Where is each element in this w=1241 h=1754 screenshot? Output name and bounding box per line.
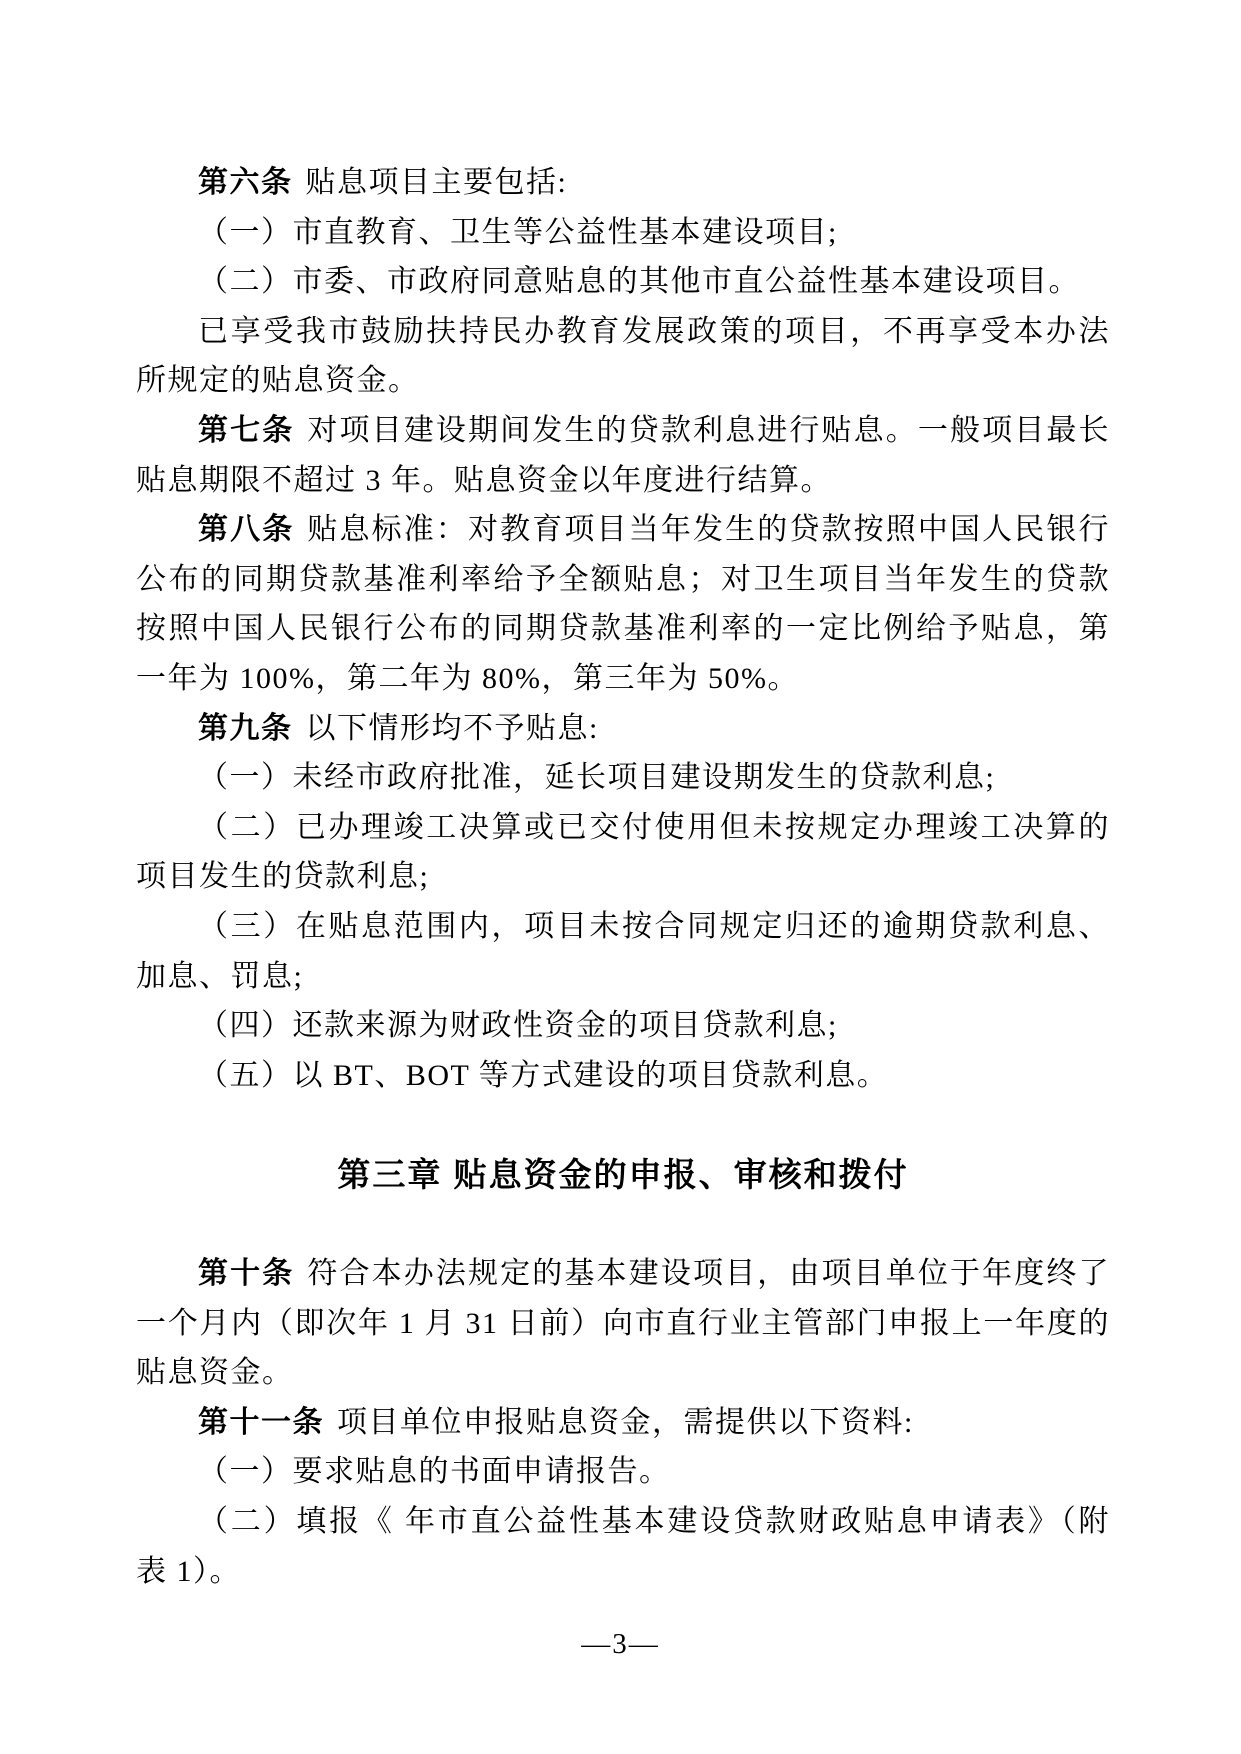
text-line: 已享受我市鼓励扶持民办教育发展政策的项目，不再享受本办法 [136,307,1110,357]
article-number: 第十条 [198,1257,294,1290]
line-text: 已享受我市鼓励扶持民办教育发展政策的项目，不再享受本办法 [198,315,1110,348]
text-line: 所规定的贴息资金。 [136,356,1110,406]
line-text: 项目发生的贷款利息; [136,860,429,893]
line-text: 贴息资金。 [136,1356,294,1389]
text-line-article-8: 第八条贴息标准：对教育项目当年发生的贷款按照中国人民银行 [136,505,1110,555]
line-text: （一）要求贴息的书面申请报告。 [198,1455,671,1488]
text-line: 表 1）。 [136,1547,1110,1597]
text-line-article-6: 第六条贴息项目主要包括: [136,158,1110,208]
article-number: 第八条 [198,513,294,546]
blank-line [136,1199,1110,1249]
line-text: （五）以 BT、BOT 等方式建设的项目贷款利息。 [198,1059,888,1092]
line-text: 项目单位申报贴息资金，需提供以下资料: [337,1406,914,1439]
text-line: 项目发生的贷款利息; [136,852,1110,902]
line-text: 贴息项目主要包括: [306,166,568,199]
blank-line [136,1100,1110,1150]
page-number: —3— [0,1628,1241,1661]
text-line: （二）市委、市政府同意贴息的其他市直公益性基本建设项目。 [136,257,1110,307]
line-text: 公布的同期贷款基准利率给予全额贴息；对卫生项目当年发生的贷款 [136,563,1110,596]
line-text: 贴息标准：对教育项目当年发生的贷款按照中国人民银行 [307,513,1110,546]
text-line: （四）还款来源为财政性资金的项目贷款利息; [136,1001,1110,1051]
text-line: 一个月内（即次年 1 月 31 日前）向市直行业主管部门申报上一年度的 [136,1299,1110,1349]
line-text: 按照中国人民银行公布的同期贷款基准利率的一定比例给予贴息，第 [136,612,1110,645]
line-text: （三）在贴息范围内，项目未按合同规定归还的逾期贷款利息、 [198,910,1110,943]
line-text: （二）市委、市政府同意贴息的其他市直公益性基本建设项目。 [198,265,1080,298]
text-line-article-11: 第十一条项目单位申报贴息资金，需提供以下资料: [136,1398,1110,1448]
text-line: 一年为 100%，第二年为 80%，第三年为 50%。 [136,654,1110,704]
line-text: 符合本办法规定的基本建设项目，由项目单位于年度终了 [307,1257,1110,1290]
text-line: （一）未经市政府批准，延长项目建设期发生的贷款利息; [136,753,1110,803]
text-line: 加息、罚息; [136,952,1110,1002]
line-text: 贴息期限不超过 3 年。贴息资金以年度进行结算。 [136,464,832,497]
line-text: 一年为 100%，第二年为 80%，第三年为 50%。 [136,662,799,695]
document-page: 第六条贴息项目主要包括: （一）市直教育、卫生等公益性基本建设项目; （二）市委… [0,0,1241,1754]
line-text: （一）未经市政府批准，延长项目建设期发生的贷款利息; [198,761,995,794]
article-number: 第六条 [198,166,293,199]
line-text: 表 1）。 [136,1555,241,1588]
line-text: 一个月内（即次年 1 月 31 日前）向市直行业主管部门申报上一年度的 [136,1307,1110,1340]
text-line-article-7: 第七条对项目建设期间发生的贷款利息进行贴息。一般项目最长 [136,406,1110,456]
line-text: 加息、罚息; [136,960,303,993]
text-line-article-9: 第九条以下情形均不予贴息: [136,704,1110,754]
article-number: 第九条 [198,712,293,745]
line-text: 对项目建设期间发生的贷款利息进行贴息。一般项目最长 [307,414,1110,447]
line-text: （二）已办理竣工决算或已交付使用但未按规定办理竣工决算的 [198,811,1110,844]
text-line: （一）市直教育、卫生等公益性基本建设项目; [136,208,1110,258]
line-text: （一）市直教育、卫生等公益性基本建设项目; [198,216,838,249]
text-line: （二）填报《 年市直公益性基本建设贷款财政贴息申请表》（附 [136,1497,1110,1547]
text-line: （三）在贴息范围内，项目未按合同规定归还的逾期贷款利息、 [136,902,1110,952]
text-line-article-10: 第十条符合本办法规定的基本建设项目，由项目单位于年度终了 [136,1249,1110,1299]
text-line: 按照中国人民银行公布的同期贷款基准利率的一定比例给予贴息，第 [136,604,1110,654]
article-number: 第十一条 [198,1406,324,1439]
article-number: 第七条 [198,414,294,447]
text-line: 贴息资金。 [136,1348,1110,1398]
chapter-heading: 第三章 贴息资金的申报、审核和拨付 [136,1150,1110,1200]
line-text: （二）填报《 年市直公益性基本建设贷款财政贴息申请表》（附 [198,1505,1110,1538]
text-line: （五）以 BT、BOT 等方式建设的项目贷款利息。 [136,1051,1110,1101]
document-body: 第六条贴息项目主要包括: （一）市直教育、卫生等公益性基本建设项目; （二）市委… [136,158,1110,1596]
line-text: 以下情形均不予贴息: [306,712,599,745]
text-line: （一）要求贴息的书面申请报告。 [136,1447,1110,1497]
text-line: 贴息期限不超过 3 年。贴息资金以年度进行结算。 [136,456,1110,506]
line-text: （四）还款来源为财政性资金的项目贷款利息; [198,1009,838,1042]
text-line: （二）已办理竣工决算或已交付使用但未按规定办理竣工决算的 [136,803,1110,853]
line-text: 所规定的贴息资金。 [136,364,420,397]
text-line: 公布的同期贷款基准利率给予全额贴息；对卫生项目当年发生的贷款 [136,555,1110,605]
